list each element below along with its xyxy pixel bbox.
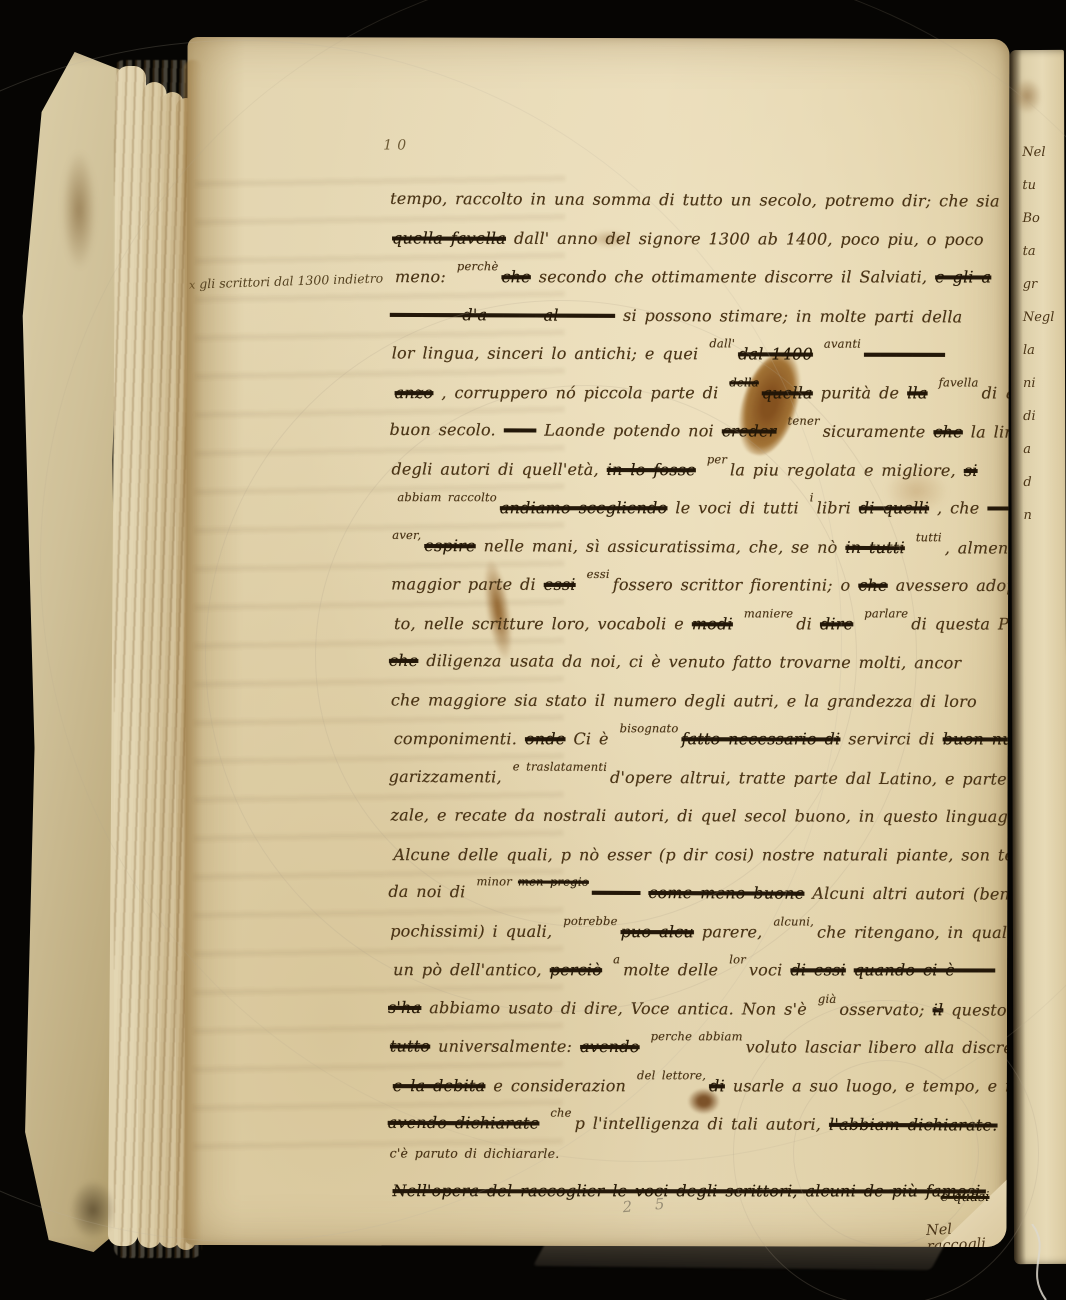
text-segment: Non s'è xyxy=(742,999,807,1018)
text-segment: lor lingua, sinceri lo antichi; e quei xyxy=(392,343,699,363)
text-segment: di xyxy=(796,614,812,633)
text-segment: avendo dichiarate xyxy=(388,1113,540,1133)
text-segment: onde xyxy=(525,729,565,748)
text-segment: buon numero di xyxy=(943,729,1010,748)
text-segment: fossero scrittor fiorentini; o xyxy=(613,575,851,595)
text-segment: lor xyxy=(729,940,746,979)
text-segment: a xyxy=(613,940,620,979)
text-segment: ————— xyxy=(864,345,945,364)
text-segment: che xyxy=(389,651,418,670)
text-segment: del lettore, xyxy=(637,1056,706,1095)
text-segment: favella xyxy=(939,363,979,402)
text-segment: creder xyxy=(722,421,777,440)
text-line: ———— d'a——— al ———si possono stimare; in… xyxy=(390,295,1010,336)
text-segment: lla xyxy=(907,383,927,402)
text-segment: quando ci è —— xyxy=(854,960,995,979)
text-segment: libri xyxy=(817,498,851,517)
text-segment: molte delle xyxy=(623,960,718,979)
text-segment: da noi di xyxy=(388,882,465,901)
text-segment: essi xyxy=(544,575,576,594)
text-segment: quella favella xyxy=(392,228,506,247)
text-segment: che xyxy=(858,576,887,595)
next-page-text-fragment: ta xyxy=(1023,235,1055,268)
text-segment: la lingua xyxy=(971,422,1010,441)
text-line: componimenti.ondeCi èbisognatofatto nece… xyxy=(394,720,1010,759)
text-segment: bisognato xyxy=(620,709,679,748)
next-page-stain xyxy=(1012,78,1042,114)
text-segment: e considerazion xyxy=(493,1076,626,1095)
text-line: maggior parte diessiessifossero scrittor… xyxy=(391,565,1009,605)
text-line: anzo, corruppero nó piccola parte didell… xyxy=(395,374,1010,413)
text-segment: Nell'opera del raccoglier le voci degli … xyxy=(393,1181,986,1200)
text-segment: abbiamo usato di dire, Voce antica. xyxy=(429,998,734,1018)
text-segment: si possono stimare; in molte parti della xyxy=(623,305,962,325)
next-page-text-fragment: n xyxy=(1023,499,1055,532)
text-segment: servirci di xyxy=(848,729,934,748)
text-segment: —— xyxy=(504,420,536,439)
text-segment: come meno buone xyxy=(648,883,804,903)
text-segment: nelle mani, sì assicuratissima, che, se … xyxy=(484,536,838,557)
text-segment: andiamo scegliendo xyxy=(500,498,668,517)
text-segment: perche abbiam xyxy=(651,1017,743,1056)
text-segment: il xyxy=(933,1000,944,1019)
text-segment: della xyxy=(729,363,758,402)
text-line: lor lingua, sinceri lo antichi; e queida… xyxy=(392,334,1010,374)
text-segment: secondo che ottimamente discorre il Salv… xyxy=(539,267,927,286)
text-segment: e gli a xyxy=(935,267,991,286)
text-segment: anzo xyxy=(395,383,434,402)
text-segment: quella xyxy=(762,383,813,402)
text-segment: ———— d'a——— al ——— xyxy=(390,304,615,324)
text-segment: componimenti. xyxy=(394,729,517,748)
text-line: garizzamenti,e traslatamentid'opere altr… xyxy=(389,757,1010,798)
text-segment: usarle a suo luogo, e tempo, e intratant… xyxy=(733,1076,1010,1095)
text-segment: che ritengano, in qualche cosa, xyxy=(817,922,1010,942)
manuscript-page: 10 xgli scrittori dal 1300 indietro temp… xyxy=(184,37,1009,1247)
deleted-note: e quasi xyxy=(941,1189,990,1205)
text-line: che maggiore sia stato il numero degli a… xyxy=(391,681,1010,721)
text-line: avendo dichiaratechep l'intelligenza di … xyxy=(388,1104,1010,1145)
text-segment: sicuramente xyxy=(823,422,926,441)
text-segment: d'opere altrui, tratte parte dal Latino,… xyxy=(610,767,1010,788)
text-segment: di quelli xyxy=(859,498,929,517)
text-line: tempo, raccolto in una somma di tutto un… xyxy=(390,180,1010,221)
text-line: Nell'opera del raccoglier le voci degli … xyxy=(393,1172,1010,1211)
text-line: to, nelle scritture loro, vocaboli emodi… xyxy=(394,605,1010,644)
text-segment: , almeno la xyxy=(945,538,1010,557)
text-segment: espire xyxy=(424,536,475,555)
text-segment: degli autori di quell'età, xyxy=(391,459,598,479)
next-page-text-fragment: gr xyxy=(1023,268,1055,301)
text-segment: avendo xyxy=(580,1037,639,1056)
text-segment: ——— xyxy=(592,883,641,902)
cover-stain xyxy=(62,150,96,270)
text-segment: s'ha xyxy=(388,997,421,1016)
next-page-text-fragment: ni xyxy=(1023,367,1055,400)
text-segment: e la debita xyxy=(393,1076,486,1095)
text-segment: fatto necessario di xyxy=(682,729,841,748)
text-segment: avanti xyxy=(824,325,861,364)
next-page-edge: NeltuBotagrNegllanidiadn xyxy=(1010,50,1066,1264)
text-segment: , corruppero nó piccola parte di xyxy=(441,383,718,402)
text-segment: maniere xyxy=(744,594,793,633)
text-segment: Alcune delle quali, p nò esser (p dir co… xyxy=(393,845,1009,864)
next-page-text-fragment: la xyxy=(1023,334,1055,367)
text-line: zale, e recate da nostrali autori, di qu… xyxy=(390,796,1009,836)
text-line: e la debitae consideraziondel lettore,di… xyxy=(393,1067,1010,1106)
text-segment: minor xyxy=(476,862,512,901)
text-segment: alcuni, xyxy=(773,902,814,941)
text-segment: buon secolo. xyxy=(390,420,496,439)
next-page-text-fragment: Bo xyxy=(1022,202,1054,235)
text-line: un pò dell'antico,perciòamolte dellelorv… xyxy=(393,951,1009,990)
text-segment: maggior parte di xyxy=(391,574,536,593)
text-segment: dal 1400 xyxy=(738,344,813,363)
text-line: meno:perchèchesecondo che ottimamente di… xyxy=(395,258,1010,297)
pencil-foliation-number: 2 5 xyxy=(622,1194,674,1216)
text-segment: men pregio xyxy=(518,862,589,901)
text-segment: di quel xyxy=(982,383,1010,402)
text-segment: che xyxy=(550,1094,571,1133)
text-segment: di essi xyxy=(790,960,845,979)
text-segment: abbiam raccolto xyxy=(397,478,497,517)
next-page-text-fragment: d xyxy=(1023,466,1055,499)
text-segment: di questa Patria. Con xyxy=(911,614,1009,633)
next-page-text-column: NeltuBotagrNegllanidiadn xyxy=(1022,136,1055,532)
text-segment: dall' xyxy=(709,324,735,363)
text-segment: voluto lasciar libero alla discrezione, xyxy=(746,1037,1010,1057)
text-segment: già xyxy=(818,979,837,1018)
text-segment: essi xyxy=(587,555,610,594)
text-segment: per xyxy=(707,440,727,479)
text-segment: l'abbiam dichiarate. xyxy=(829,1115,997,1135)
page-number: 10 xyxy=(383,137,411,153)
text-segment: un pò dell'antico, xyxy=(393,960,542,979)
text-segment: questo xyxy=(951,1000,1007,1019)
text-line: aver,espirenelle mani, sì assicuratissim… xyxy=(389,526,1009,567)
text-line: da noi diminormen pregio———come meno buo… xyxy=(388,873,1009,914)
text-segment: tutti xyxy=(916,518,942,557)
next-page-text-fragment: Negl xyxy=(1023,301,1055,334)
text-segment: tener xyxy=(787,402,819,441)
text-segment: la piu regolata e migliore, xyxy=(730,460,956,480)
text-segment: di xyxy=(709,1076,725,1095)
text-segment: che xyxy=(501,267,530,286)
text-segment: i xyxy=(810,478,814,517)
text-segment: to, nelle scritture loro, vocaboli e xyxy=(394,614,684,633)
text-segment: aver, xyxy=(392,515,421,554)
text-segment: dall' anno del signore 1300 ab 1400, poc… xyxy=(514,228,984,248)
text-segment: perciò xyxy=(550,960,602,979)
text-line: pochissimi) i quali,potrebbepuo alcupare… xyxy=(390,912,1009,952)
text-segment: perchè xyxy=(457,247,499,286)
text-segment: tempo, raccolto in una somma di tutto un… xyxy=(390,189,1000,211)
text-line: buon secolo.——Laonde potendo noicrederte… xyxy=(389,411,1009,452)
text-segment: voci xyxy=(749,960,783,979)
next-page-text-fragment: di xyxy=(1023,400,1055,433)
text-line: chediligenza usata da noi, ci è venuto f… xyxy=(389,642,1010,683)
next-page-text-fragment: tu xyxy=(1022,169,1054,202)
text-segment: parere, xyxy=(702,922,763,941)
text-segment: in lo fosse xyxy=(607,460,696,479)
text-segment: zale, e recate da nostrali autori, di qu… xyxy=(391,805,1010,826)
cover-corner-stain xyxy=(70,1180,116,1240)
text-segment: , che xyxy=(937,498,979,517)
text-segment: tutto xyxy=(390,1036,430,1055)
text-segment: puo alcu xyxy=(621,922,694,941)
text-segment: —— xyxy=(987,498,1009,517)
text-segment: universalmente: xyxy=(438,1037,572,1056)
text-segment: e traslatamenti xyxy=(513,747,607,786)
text-segment: osservato; xyxy=(839,999,924,1018)
text-segment: Alcuni altri autori (benchè xyxy=(812,884,1009,904)
text-segment: che xyxy=(933,422,962,441)
text-segment: pochissimi) i quali, xyxy=(390,921,552,940)
next-page-text-fragment: a xyxy=(1023,433,1055,466)
text-segment: modi xyxy=(692,614,733,633)
text-segment: Laonde potendo noi xyxy=(544,421,714,441)
text-segment: diligenza usata da noi, ci è venuto fatt… xyxy=(426,651,961,672)
text-segment: Ci è xyxy=(573,729,608,748)
text-line: c'è paruto di dichiararle. xyxy=(390,1143,1010,1173)
text-segment: p l'intelligenza di tali autori, xyxy=(575,1114,822,1134)
manuscript-photo: 10 xgli scrittori dal 1300 indietro temp… xyxy=(0,0,1066,1300)
text-segment: le voci di tutti xyxy=(675,498,798,517)
text-segment: dire xyxy=(820,614,853,633)
handwritten-text-block: tempo, raccolto in una somma di tutto un… xyxy=(390,180,1010,1211)
text-segment: meno: xyxy=(395,267,446,286)
text-segment: si xyxy=(964,460,978,479)
text-segment: purità de xyxy=(821,383,899,402)
binding-thread xyxy=(1022,1224,1066,1300)
text-segment: parlare xyxy=(864,594,908,633)
text-segment: potrebbe xyxy=(563,901,617,940)
text-segment: c'è paruto di dichiararle. xyxy=(390,1145,560,1160)
catchword: Nel raccogli xyxy=(926,1219,1007,1247)
text-segment: garizzamenti, xyxy=(389,766,502,785)
text-segment: avessero adopra- xyxy=(896,576,1010,595)
next-page-text-fragment: Nel xyxy=(1022,136,1054,169)
torn-page-edge xyxy=(184,60,202,1244)
text-segment: che maggiore sia stato il numero degli a… xyxy=(391,690,977,711)
text-segment: in tutti xyxy=(845,537,904,556)
